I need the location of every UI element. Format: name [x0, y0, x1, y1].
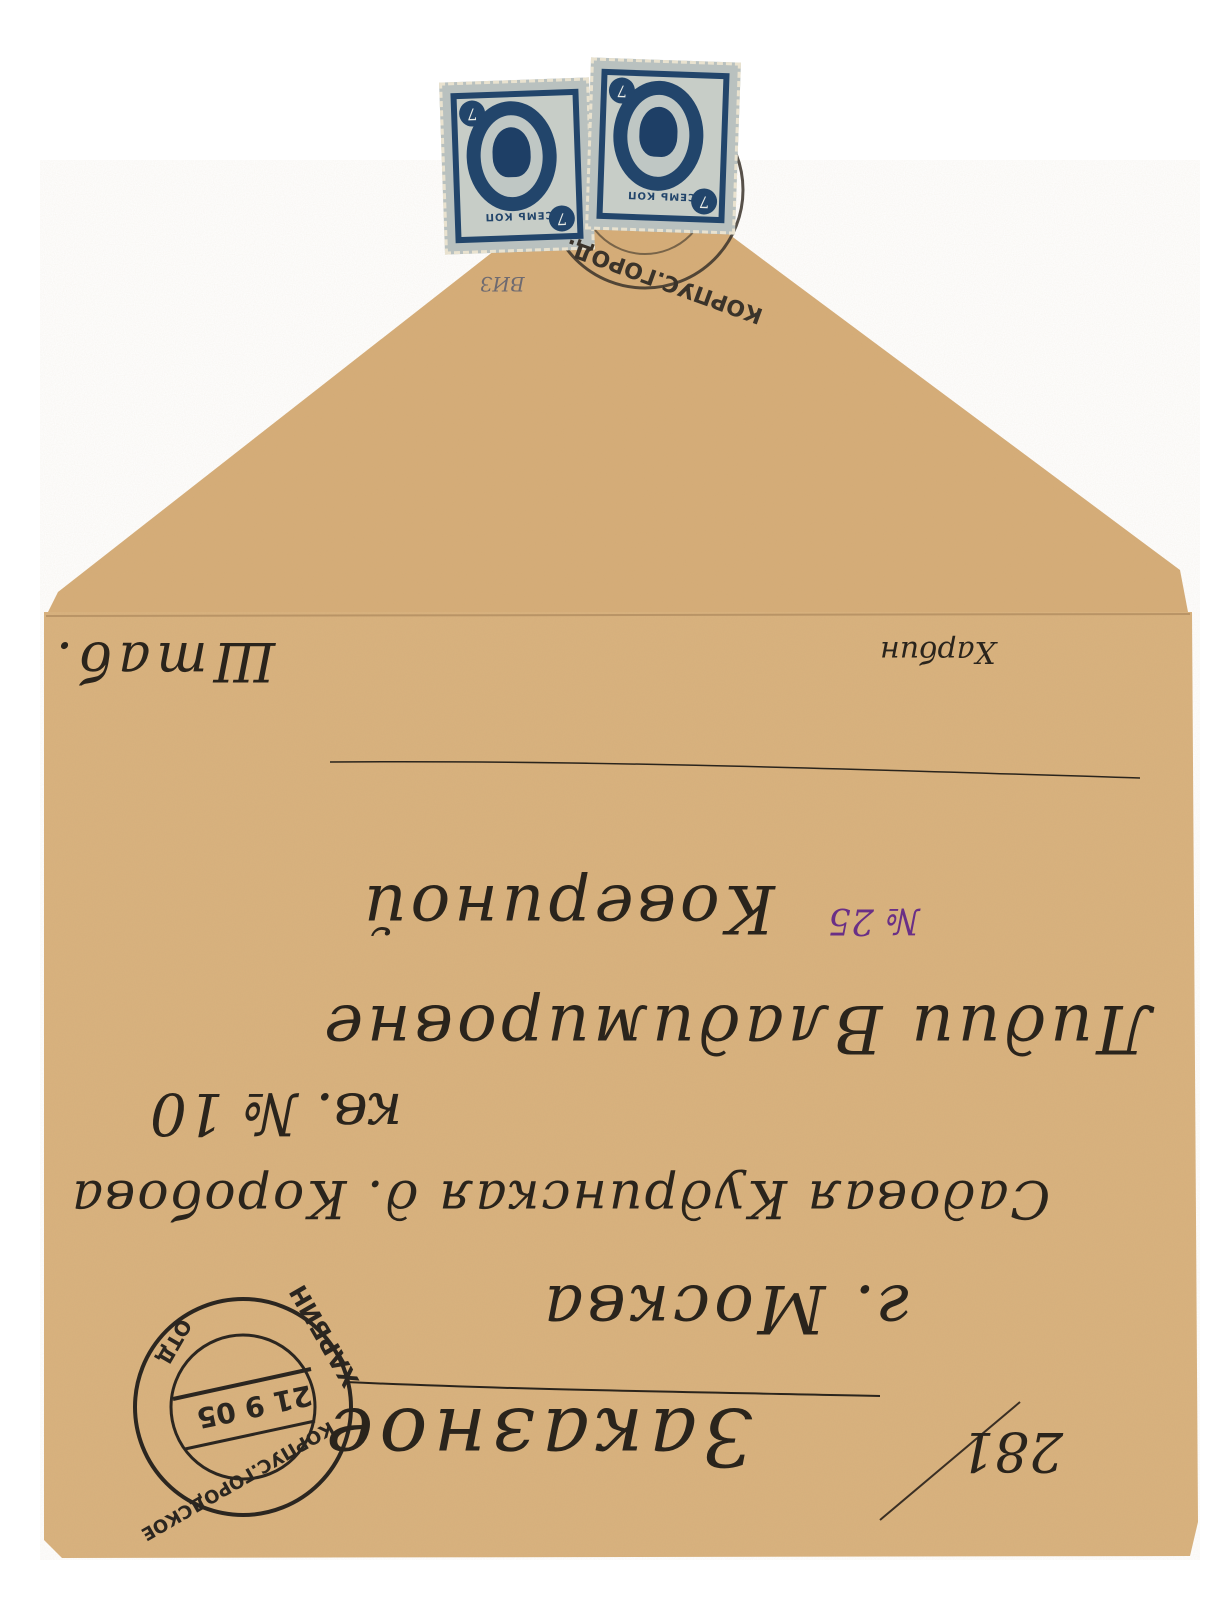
stamp-frame: СЕМЬ КОП 7 7 — [450, 89, 583, 243]
stamp-denomination: 7 — [548, 205, 575, 232]
purple-mark: № 25 — [828, 900, 919, 941]
stamp-frame: СЕМЬ КОП 7 7 — [596, 69, 729, 223]
corner-number: 281 — [960, 1420, 1063, 1483]
envelope-photo: СЕМЬ КОП 7 7 СЕМЬ КОП 7 7 КОРПУС.ГОРОД. … — [0, 0, 1230, 1600]
sender-line: Штаб. — [50, 630, 275, 693]
address-apartment: кв. № 10 — [150, 1080, 402, 1148]
address-street: Садовая Кудринская д. Коробова — [70, 1168, 1050, 1228]
postage-stamp: СЕМЬ КОП 7 7 — [585, 57, 741, 234]
address-city: г. Москва — [540, 1270, 913, 1347]
postage-stamp: СЕМЬ КОП 7 7 — [439, 77, 595, 254]
recipient-surname: Ковериной — [360, 870, 775, 947]
double-eagle-icon — [639, 106, 679, 157]
sender-detail-line — [330, 708, 340, 743]
stamp-denomination: 7 — [691, 188, 718, 215]
pencil-mark: ВИЗ — [480, 272, 525, 296]
registered-label: Заказное — [320, 1390, 753, 1483]
recipient-name: Лидии Владимировне — [320, 990, 1152, 1067]
sender-city: Харбин — [880, 634, 996, 669]
envelope-shape — [0, 0, 1230, 1600]
